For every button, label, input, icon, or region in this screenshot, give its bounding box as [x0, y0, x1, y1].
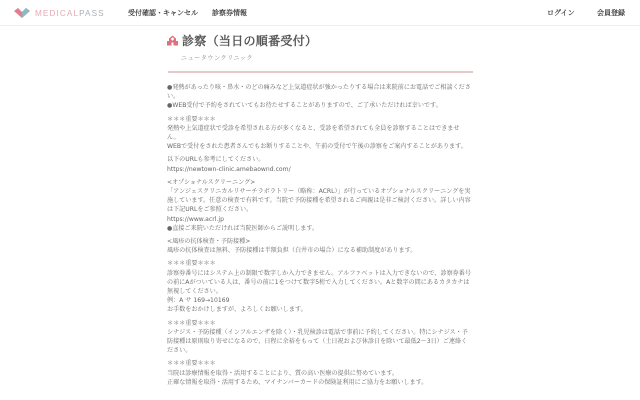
clinic-name: ニュータウンクリニック: [181, 53, 512, 62]
nav-login[interactable]: ログイン: [547, 8, 575, 18]
notice-paragraph: ＊＊＊重要＊＊＊ シナジス・予防接種（インフルエンザを除く）・乳児検診は電話で事…: [167, 319, 472, 356]
page-title: 診察（当日の順番受付）: [182, 32, 317, 49]
notice-paragraph: ＊＊＊重要＊＊＊ 診察券番号にはシステム上の制限で数字しか入力できません。アルフ…: [167, 259, 472, 314]
top-header: MEDICALPASS 受付確認・キャンセル 診察券情報 ログイン 会員登録: [0, 0, 640, 26]
logo-text: MEDICALPASS: [35, 9, 105, 18]
notice-paragraph-screening: <オプショナルスクリーニング> 「アンジェスクリニカルリサーチラボラトリー（略称…: [167, 178, 472, 233]
title-divider: [168, 71, 473, 73]
heart-logo-icon: [13, 7, 31, 19]
hospital-icon: [167, 35, 178, 46]
nav-patient-card-info[interactable]: 診察券情報: [212, 8, 247, 18]
page-title-row: 診察（当日の順番受付）: [167, 30, 512, 50]
notice-paragraph: ●発熱があったり咳・鼻水・のどの痛みなど上気道症状が強かったりする場合は来院前に…: [167, 83, 472, 111]
notice-paragraph-url: 以下のURLも参考にしてください。 https://newtown-clinic…: [167, 155, 472, 173]
notice-paragraph: ＊＊＊重要＊＊＊ 当院は診療情報を取得・活用することにより、質の高い医療の提供に…: [167, 359, 472, 387]
main-content: 診察（当日の順番受付） ニュータウンクリニック ●発熱があったり咳・鼻水・のどの…: [167, 30, 512, 391]
notice-body: ●発熱があったり咳・鼻水・のどの痛みなど上気道症状が強かったりする場合は来院前に…: [167, 83, 472, 387]
notice-paragraph-rubella: <風疹の抗体検査・予防接種> 風疹の抗体検査は無料、予防接種は半額負担（白井市の…: [167, 237, 472, 255]
nav-reception-cancel[interactable]: 受付確認・キャンセル: [128, 8, 198, 18]
medicalpass-logo[interactable]: MEDICALPASS: [13, 7, 105, 19]
nav-register[interactable]: 会員登録: [597, 8, 625, 18]
notice-paragraph: ＊＊＊重要＊＊＊ 発熱や上気道症状で受診を希望される方が多くなると、受診を希望さ…: [167, 115, 472, 152]
